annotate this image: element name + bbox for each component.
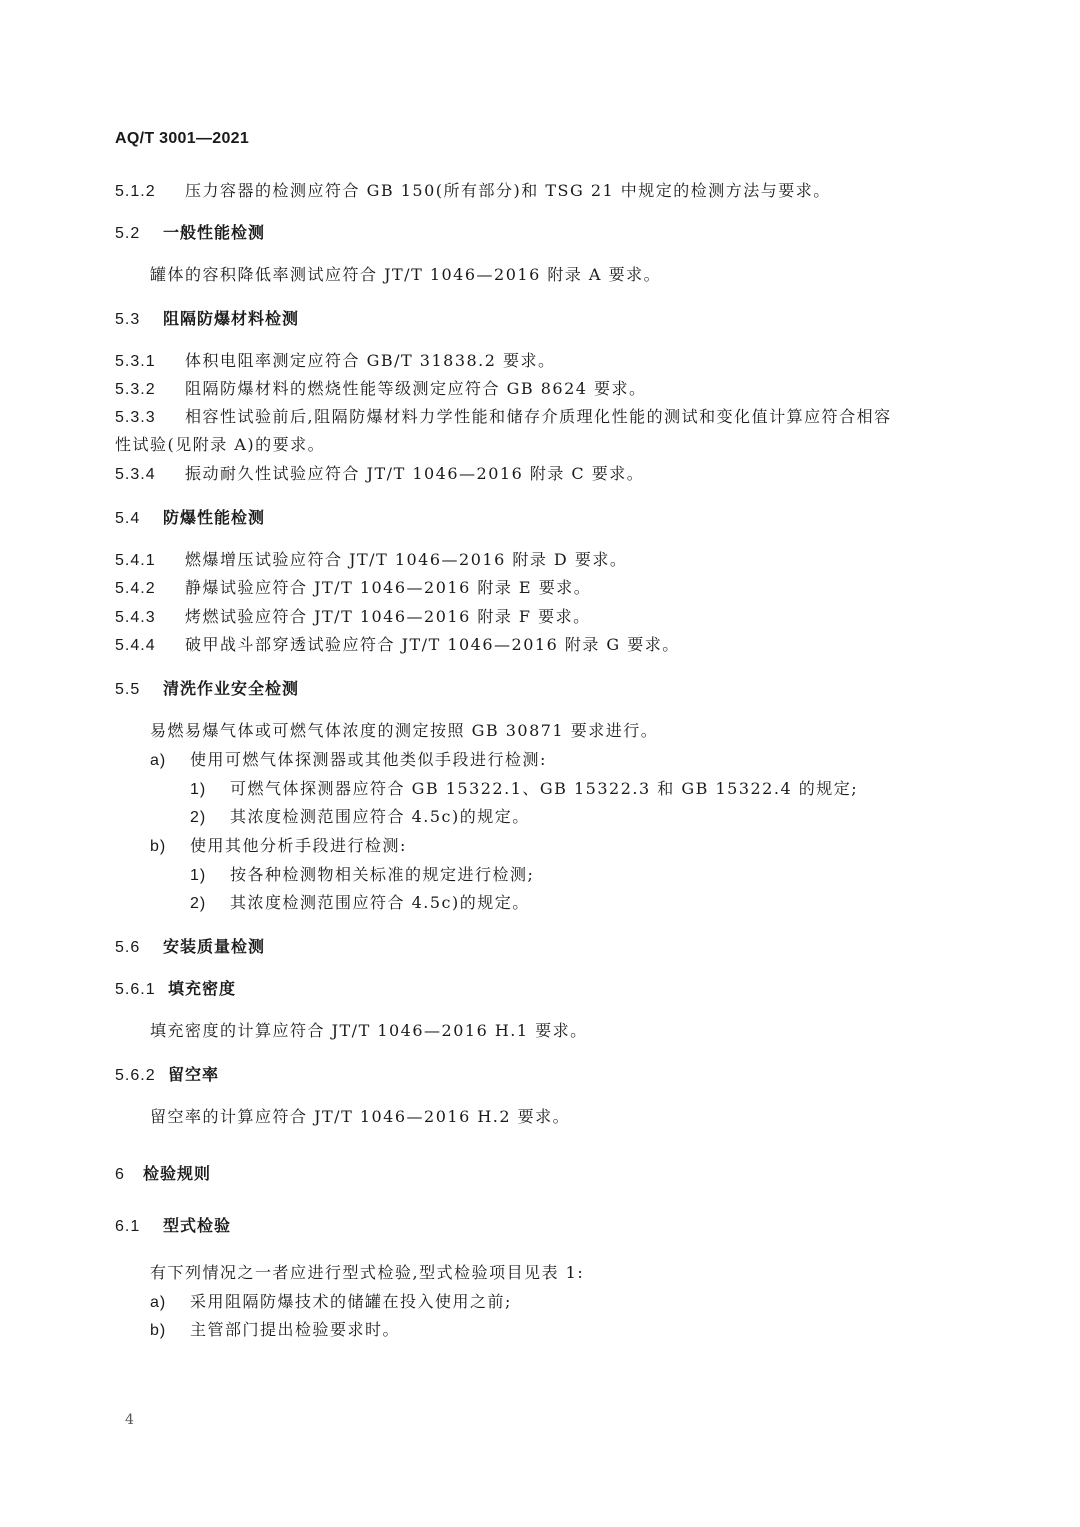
section-heading: 5.2一般性能检测 [115,222,265,245]
clause-text: 5.3.1体积电阻率测定应符合 GB/T 31838.2 要求。 [115,350,556,373]
clause-number: 5.3.3 [115,407,185,429]
heading-title: 检验规则 [143,1164,211,1183]
line-text: 主管部门提出检验要求时。 [190,1320,400,1339]
clause-number: 5.6.1 [115,979,168,1001]
section-heading: 5.5清洗作业安全检测 [115,678,299,701]
line-text: 罐体的容积降低率测试应符合 JT/T 1046—2016 附录 A 要求。 [150,265,661,284]
list-marker: a) [150,750,190,772]
line-text: 可燃气体探测器应符合 GB 15322.1、GB 15322.3 和 GB 15… [230,779,858,798]
clause-number: 5.4.2 [115,578,185,600]
clause-number: 6 [115,1164,143,1186]
list-item: a)采用阻隔防爆技术的储罐在投入使用之前; [150,1291,512,1314]
paragraph-text: 易燃易爆气体或可燃气体浓度的测定按照 GB 30871 要求进行。 [150,720,658,742]
paragraph-text: 有下列情况之一者应进行型式检验,型式检验项目见表 1: [150,1262,584,1284]
clause-number: 5.3.4 [115,464,185,486]
line-text: 其浓度检测范围应符合 4.5c)的规定。 [230,893,530,912]
heading-title: 防爆性能检测 [163,508,265,527]
list-marker: 1) [190,779,230,801]
paragraph-text: 性试验(见附录 A)的要求。 [115,434,325,456]
clause-number: 5.4.3 [115,607,185,629]
line-text: 阻隔防爆材料的燃烧性能等级测定应符合 GB 8624 要求。 [185,379,647,398]
list-item: b)主管部门提出检验要求时。 [150,1319,400,1342]
list-item: 2)其浓度检测范围应符合 4.5c)的规定。 [190,806,530,829]
clause-text: 5.3.2阻隔防爆材料的燃烧性能等级测定应符合 GB 8624 要求。 [115,378,647,401]
list-item: 1)按各种检测物相关标准的规定进行检测; [190,864,534,887]
list-marker: 2) [190,807,230,829]
clause-text: 5.4.1燃爆增压试验应符合 JT/T 1046—2016 附录 D 要求。 [115,549,627,572]
line-text: 填充密度的计算应符合 JT/T 1046—2016 H.1 要求。 [150,1021,588,1040]
list-item: b)使用其他分析手段进行检测: [150,835,407,858]
list-marker: b) [150,836,190,858]
section-heading: 5.4防爆性能检测 [115,507,265,530]
clause-number: 5.6 [115,937,163,959]
line-text: 采用阻隔防爆技术的储罐在投入使用之前; [190,1292,512,1311]
line-text: 压力容器的检测应符合 GB 150(所有部分)和 TSG 21 中规定的检测方法… [185,181,831,200]
line-text: 留空率的计算应符合 JT/T 1046—2016 H.2 要求。 [150,1107,570,1126]
clause-number: 5.6.2 [115,1065,168,1087]
clause-text: 5.3.4振动耐久性试验应符合 JT/T 1046—2016 附录 C 要求。 [115,463,644,486]
paragraph-text: 填充密度的计算应符合 JT/T 1046—2016 H.1 要求。 [150,1020,588,1042]
document-code-header: AQ/T 3001—2021 [115,128,249,150]
section-heading: 5.6.1填充密度 [115,978,236,1001]
line-text: 性试验(见附录 A)的要求。 [115,435,325,454]
section-heading: 5.6.2留空率 [115,1064,219,1087]
clause-text: 5.4.2静爆试验应符合 JT/T 1046—2016 附录 E 要求。 [115,577,591,600]
clause-number: 5.2 [115,223,163,245]
heading-title: 阻隔防爆材料检测 [163,309,299,328]
line-text: 使用其他分析手段进行检测: [190,836,407,855]
heading-title: 安装质量检测 [163,937,265,956]
clause-number: 5.3.2 [115,379,185,401]
list-item: a)使用可燃气体探测器或其他类似手段进行检测: [150,749,547,772]
list-marker: 2) [190,893,230,915]
heading-title: 型式检验 [163,1216,231,1235]
line-text: 烤燃试验应符合 JT/T 1046—2016 附录 F 要求。 [185,607,591,626]
list-marker: b) [150,1320,190,1342]
heading-title: 留空率 [168,1065,219,1084]
clause-number: 6.1 [115,1216,163,1238]
clause-text: 5.4.4破甲战斗部穿透试验应符合 JT/T 1046—2016 附录 G 要求… [115,634,680,657]
paragraph-text: 罐体的容积降低率测试应符合 JT/T 1046—2016 附录 A 要求。 [150,264,661,286]
heading-title: 清洗作业安全检测 [163,679,299,698]
clause-number: 5.1.2 [115,181,185,203]
clause-number: 5.3 [115,309,163,331]
line-text: 其浓度检测范围应符合 4.5c)的规定。 [230,807,530,826]
section-heading: 5.3阻隔防爆材料检测 [115,308,299,331]
line-text: 静爆试验应符合 JT/T 1046—2016 附录 E 要求。 [185,578,591,597]
section-heading: 5.6安装质量检测 [115,936,265,959]
line-text: 振动耐久性试验应符合 JT/T 1046—2016 附录 C 要求。 [185,464,644,483]
page-number: 4 [125,1412,134,1428]
clause-text: 5.1.2压力容器的检测应符合 GB 150(所有部分)和 TSG 21 中规定… [115,180,831,203]
heading-title: 填充密度 [168,979,236,998]
line-text: 使用可燃气体探测器或其他类似手段进行检测: [190,750,547,769]
section-heading: 6检验规则 [115,1163,211,1186]
clause-number: 5.4.1 [115,550,185,572]
list-item: 2)其浓度检测范围应符合 4.5c)的规定。 [190,892,530,915]
line-text: 破甲战斗部穿透试验应符合 JT/T 1046—2016 附录 G 要求。 [185,635,680,654]
paragraph-text: 留空率的计算应符合 JT/T 1046—2016 H.2 要求。 [150,1106,570,1128]
line-text: 体积电阻率测定应符合 GB/T 31838.2 要求。 [185,351,556,370]
line-text: 易燃易爆气体或可燃气体浓度的测定按照 GB 30871 要求进行。 [150,721,658,740]
clause-text: 5.4.3烤燃试验应符合 JT/T 1046—2016 附录 F 要求。 [115,606,591,629]
line-text: 有下列情况之一者应进行型式检验,型式检验项目见表 1: [150,1263,584,1282]
heading-title: 一般性能检测 [163,223,265,242]
section-heading: 6.1型式检验 [115,1215,231,1238]
line-text: 相容性试验前后,阻隔防爆材料力学性能和储存介质理化性能的测试和变化值计算应符合相… [185,407,892,426]
line-text: 燃爆增压试验应符合 JT/T 1046—2016 附录 D 要求。 [185,550,627,569]
clause-number: 5.5 [115,679,163,701]
clause-number: 5.3.1 [115,351,185,373]
line-text: 按各种检测物相关标准的规定进行检测; [230,865,534,884]
list-item: 1)可燃气体探测器应符合 GB 15322.1、GB 15322.3 和 GB … [190,778,858,801]
clause-number: 5.4.4 [115,635,185,657]
list-marker: 1) [190,865,230,887]
list-marker: a) [150,1292,190,1314]
clause-number: 5.4 [115,508,163,530]
clause-text: 5.3.3相容性试验前后,阻隔防爆材料力学性能和储存介质理化性能的测试和变化值计… [115,406,892,429]
